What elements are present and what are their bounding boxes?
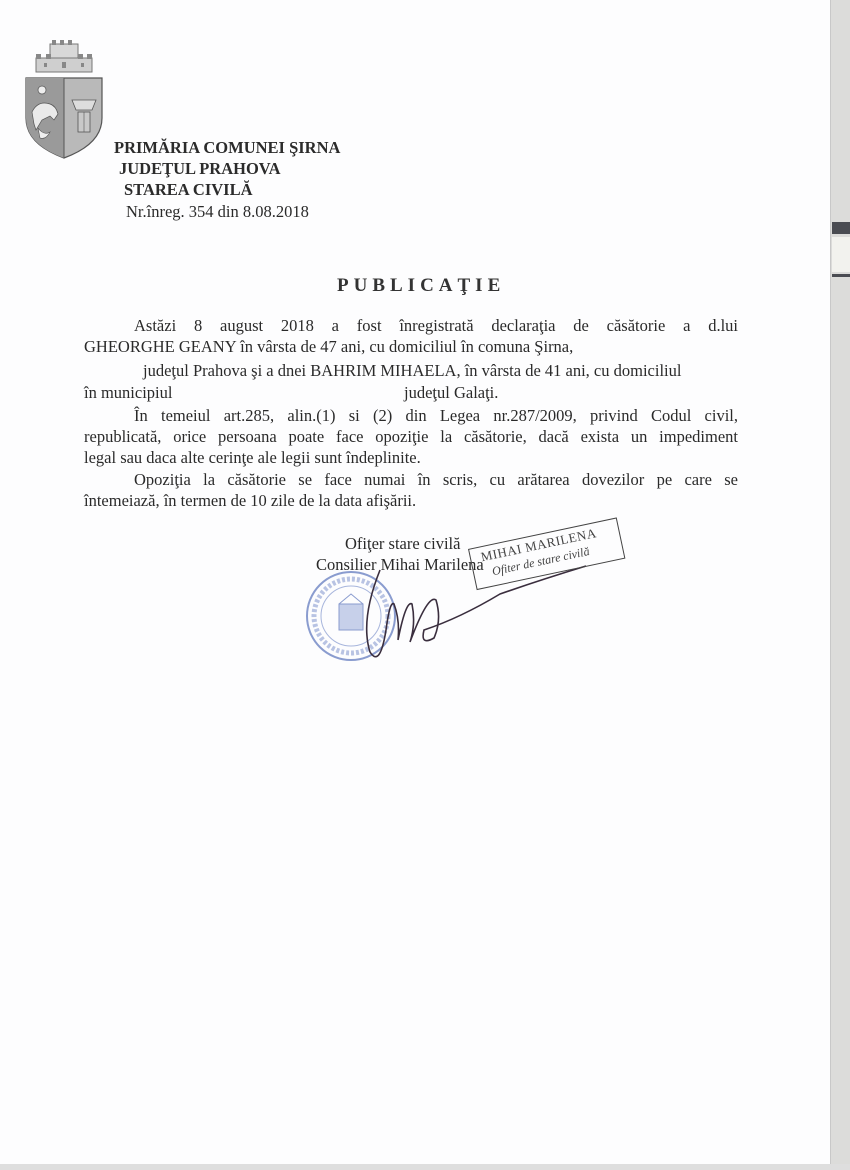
county-name: JUDEŢUL PRAHOVA [119,159,281,179]
body-p1-line3: judeţul Prahova şi a dnei BAHRIM MIHAELA… [143,361,738,381]
document-title: PUBLICAŢIE [337,275,505,297]
registration-number: Nr.înreg. 354 din 8.08.2018 [126,202,309,222]
signatory-role: Ofiţer stare civilă [345,534,460,554]
body-p3-line1: Opoziţia la căsătorie se face numai în s… [134,470,738,490]
body-p1-line4-county: judeţul Galaţi. [404,383,498,403]
body-p2-line2: republicată, orice persoana poate face o… [84,427,738,447]
scanner-edge-right [830,0,850,1170]
body-p1-line1: Astăzi 8 august 2018 a fost înregistrată… [134,316,738,336]
body-p1-line2: GHEORGHE GEANY în vârsta de 47 ani, cu d… [84,337,573,357]
body-p2-line3: legal sau daca alte cerinţe ale legii su… [84,448,421,468]
body-p2-line1: În temeiul art.285, alin.(1) si (2) din … [134,406,738,426]
department-name: STAREA CIVILĂ [124,180,253,200]
body-p3-line2: întemeiază, în termen de 10 zile de la d… [84,491,416,511]
institution-name: PRIMĂRIA COMUNEI ŞIRNA [114,138,340,158]
body-p1-line4-municipality: în municipiul [84,383,172,403]
coat-of-arms-icon [20,40,108,160]
scanner-edge-bottom [0,1164,850,1170]
scanned-page: PRIMĂRIA COMUNEI ŞIRNA JUDEŢUL PRAHOVA S… [0,0,830,1165]
